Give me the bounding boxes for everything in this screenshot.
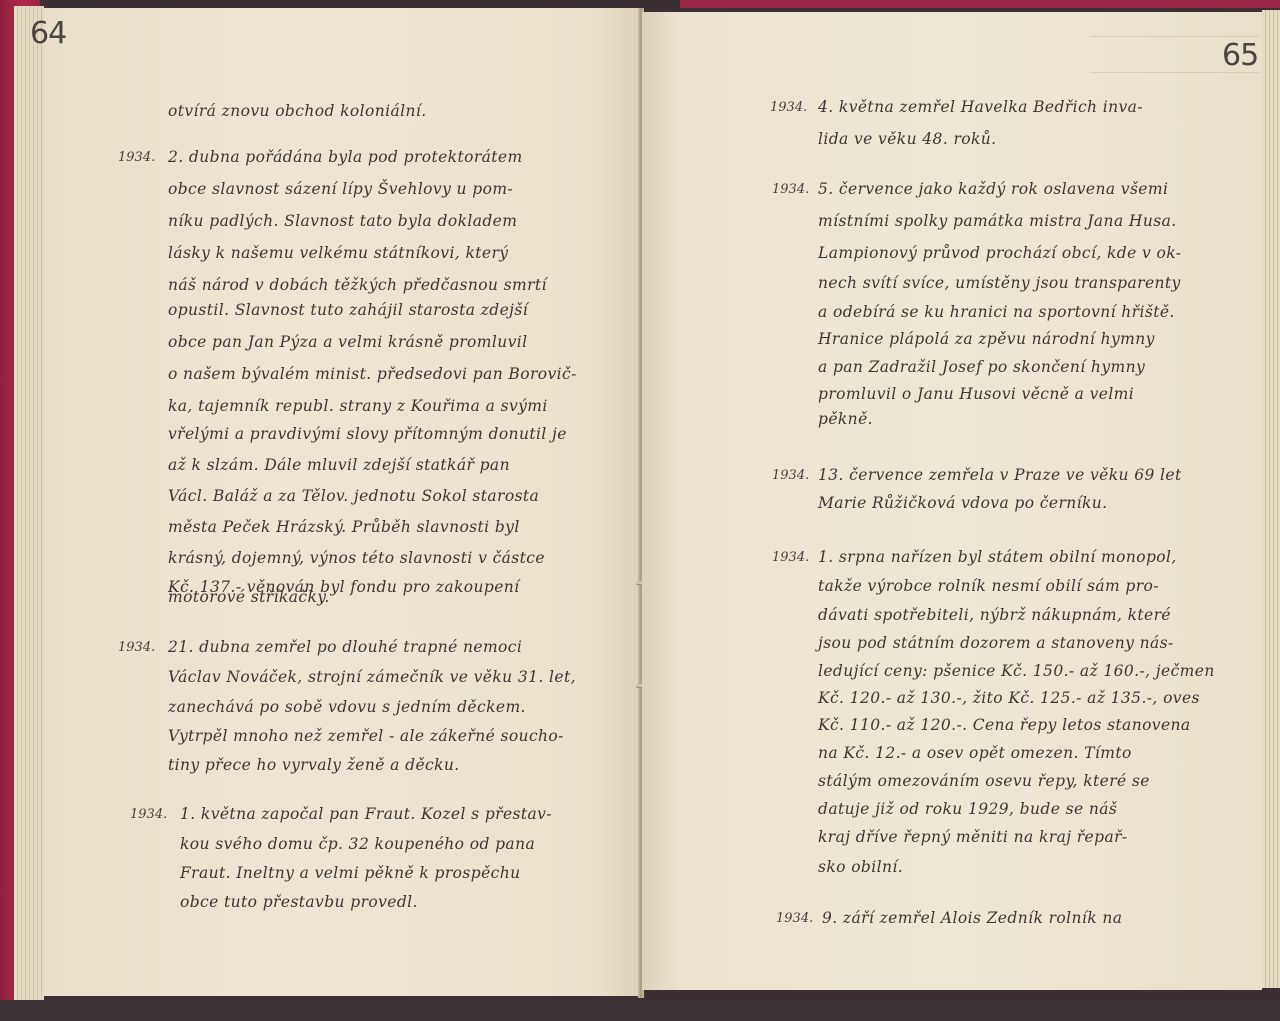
text-line: takže výrobce rolník nesmí obilí sám pro… [818, 577, 1159, 595]
entry-year: 1934. [770, 100, 807, 115]
text-line: Kč. 110.- až 120.-. Cena řepy letos stan… [818, 716, 1191, 734]
text-line: vřelými a pravdivými slovy přítomným don… [168, 425, 567, 443]
text-line: 4. května zemřel Havelka Bedřich inva- [818, 98, 1143, 116]
text-line: ka, tajemník republ. strany z Kouřima a … [168, 397, 548, 415]
text-line: Kč. 120.- až 130.-, žito Kč. 125.- až 13… [818, 689, 1200, 707]
entry-year: 1934. [118, 640, 155, 655]
text-line: Hranice plápolá za zpěvu národní hymny [818, 330, 1155, 348]
text-line: obce pan Jan Pýza a velmi krásně promluv… [168, 333, 527, 351]
text-line: 1. srpna nařízen byl státem obilní monop… [818, 548, 1177, 566]
text-line: zanechává po sobě vdovu s jedním děckem. [168, 698, 526, 716]
header-rule [1090, 36, 1260, 37]
text-line: stálým omezováním osevu řepy, které se [818, 772, 1150, 790]
entry-year: 1934. [772, 182, 809, 197]
text-line: náš národ v dobách těžkých předčasnou sm… [168, 276, 547, 294]
text-line: 1. května započal pan Fraut. Kozel s pře… [180, 805, 552, 823]
text-line: na Kč. 12.- a osev opět omezen. Tímto [818, 744, 1132, 762]
text-line: Václ. Baláž a za Tělov. jednotu Sokol st… [168, 487, 539, 505]
scan-background [0, 1000, 1280, 1021]
text-line: lásky k našemu velkému státníkovi, který [168, 244, 508, 262]
text-line: datuje již od roku 1929, bude se náš [818, 800, 1117, 818]
text-line: otvírá znovu obchod koloniální. [168, 102, 427, 120]
text-line: sko obilní. [818, 858, 903, 876]
text-line: kraj dříve řepný měniti na kraj řepař- [818, 828, 1128, 846]
text-line: krásný, dojemný, výnos této slavnosti v … [168, 549, 545, 567]
entry-year: 1934. [772, 550, 809, 565]
text-line: kou svého domu čp. 32 koupeného od pana [180, 835, 535, 853]
text-line: města Peček Hrázský. Průběh slavnosti by… [168, 518, 520, 536]
text-line: Marie Růžičková vdova po černíku. [818, 494, 1108, 512]
text-line: promluvil o Janu Husovi věcně a velmi [818, 385, 1134, 403]
text-line: 2. dubna pořádána byla pod protektorátem [168, 148, 523, 166]
page-edges-left [14, 6, 44, 1000]
text-line: ledující ceny: pšenice Kč. 150.- až 160.… [818, 662, 1215, 680]
text-line: Václav Nováček, strojní zámečník ve věku… [168, 668, 576, 686]
entry-year: 1934. [130, 807, 167, 822]
text-line: nech svítí svíce, umístěny jsou transpar… [818, 274, 1181, 292]
text-line: Vytrpěl mnoho než zemřel - ale zákeřné s… [168, 727, 564, 745]
text-line: obce tuto přestavbu provedl. [180, 893, 418, 911]
text-line: o našem bývalém minist. předsedovi pan B… [168, 365, 577, 383]
text-line: tiny přece ho vyrvaly ženě a děcku. [168, 756, 460, 774]
page-number-right: 65 [1222, 38, 1258, 73]
text-line: 9. září zemřel Alois Zedník rolník na [822, 909, 1122, 927]
text-line: pěkně. [818, 410, 873, 428]
text-line: Fraut. Ineltny a velmi pěkně k prospěchu [180, 864, 521, 882]
text-line: dávati spotřebiteli, nýbrž nákupnám, kte… [818, 606, 1171, 624]
page-edges-right [1262, 10, 1280, 988]
text-line: a odebírá se ku hranici na sportovní hři… [818, 303, 1175, 321]
entry-year: 1934. [776, 911, 813, 926]
text-line: až k slzám. Dále mluvil zdejší statkář p… [168, 456, 510, 474]
text-line: motorové stříkačky. [168, 588, 330, 606]
book-cover-top [680, 0, 1280, 8]
page-number-left: 64 [30, 16, 66, 51]
entry-year: 1934. [118, 150, 155, 165]
text-line: lida ve věku 48. roků. [818, 130, 997, 148]
text-line: níku padlých. Slavnost tato byla doklade… [168, 212, 517, 230]
entry-year: 1934. [772, 468, 809, 483]
text-line: Lampionový průvod prochází obcí, kde v o… [818, 244, 1181, 262]
text-line: jsou pod státním dozorem a stanoveny nás… [818, 634, 1174, 652]
text-line: 13. července zemřela v Praze ve věku 69 … [818, 466, 1182, 484]
text-line: místními spolky památka mistra Jana Husa… [818, 212, 1177, 230]
text-line: a pan Zadražil Josef po skončení hymny [818, 358, 1145, 376]
text-line: 21. dubna zemřel po dlouhé trapné nemoci [168, 638, 522, 656]
text-line: opustil. Slavnost tuto zahájil starosta … [168, 301, 528, 319]
text-line: obce slavnost sázení lípy Švehlovy u pom… [168, 180, 513, 198]
text-line: 5. července jako každý rok oslavena všem… [818, 180, 1168, 198]
